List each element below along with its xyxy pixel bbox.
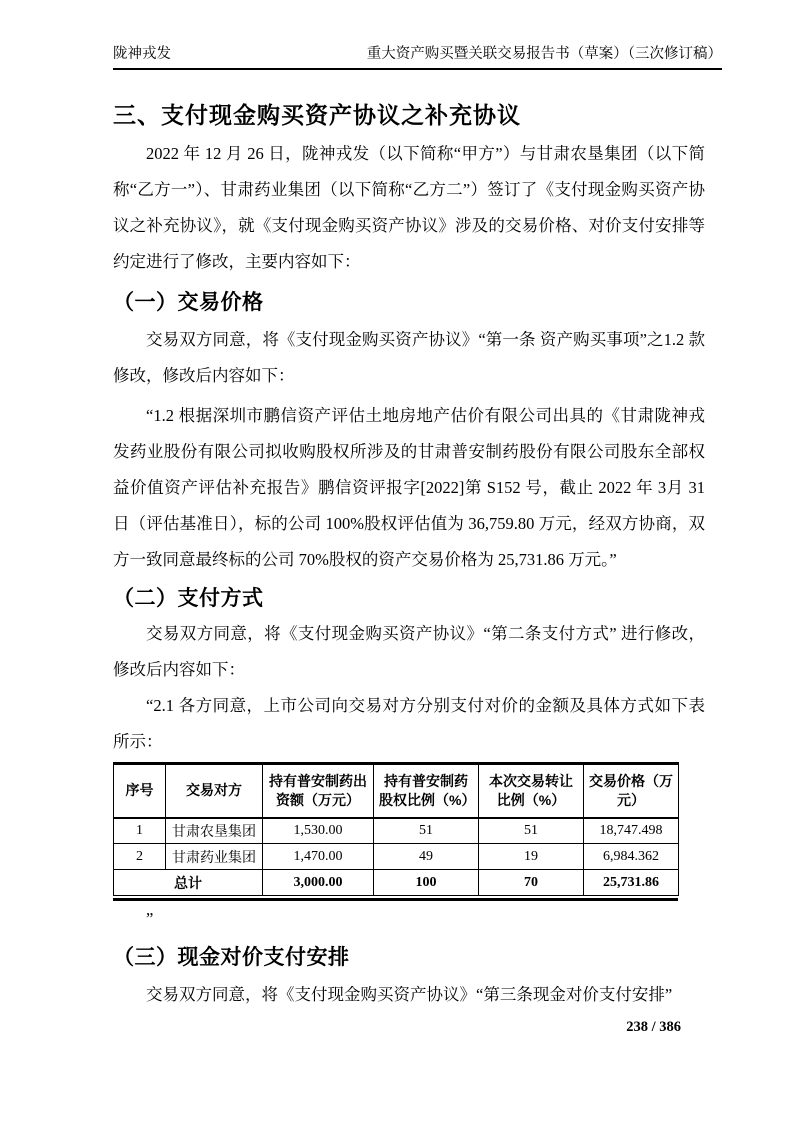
section1-paragraph-1: 交易双方同意，将《支付现金购买资产协议》“第一条 资产购买事项”之1.2 款修改… — [113, 322, 705, 394]
table-row-1: 1 甘肃农垦集团 1,530.00 51 51 18,747.498 — [114, 818, 679, 844]
col-header-capital-contribution: 持有普安制药出资额（万元） — [263, 764, 374, 818]
cell-counterparty: 甘肃药业集团 — [166, 844, 263, 870]
col-header-price: 交易价格（万元） — [584, 764, 679, 818]
col-header-transfer-ratio: 本次交易转让比例（%） — [479, 764, 584, 818]
page-number: 238 / 386 — [113, 1019, 681, 1036]
cell-capital-contribution: 1,530.00 — [263, 818, 374, 844]
section2-paragraph-1: 交易双方同意，将《支付现金购买资产协议》“第二条支付方式” 进行修改，修改后内容… — [113, 616, 705, 688]
total-equity-ratio: 100 — [374, 870, 479, 896]
table-total-row: 总计 3,000.00 100 70 25,731.86 — [114, 870, 679, 896]
section-heading-transaction-price: （一）交易价格 — [113, 290, 705, 316]
closing-quote-mark: ” — [113, 907, 705, 931]
table-row-2: 2 甘肃药业集团 1,470.00 49 19 6,984.362 — [114, 844, 679, 870]
section1-paragraph-2: “1.2 根据深圳市鹏信资产评估土地房地产估价有限公司出具的《甘肃陇神戎发药业股… — [113, 398, 705, 578]
cell-price: 6,984.362 — [584, 844, 679, 870]
payment-table: 序号 交易对方 持有普安制药出资额（万元） 持有普安制药股权比例（%） 本次交易… — [113, 762, 679, 896]
document-page: 陇神戎发 重大资产购买暨关联交易报告书（草案）（三次修订稿） 三、支付现金购买资… — [0, 0, 793, 1122]
cell-index: 1 — [114, 818, 166, 844]
section-heading-cash-payment-arrangement: （三）现金对价支付安排 — [113, 945, 705, 971]
cell-counterparty: 甘肃农垦集团 — [166, 818, 263, 844]
cell-transfer-ratio: 19 — [479, 844, 584, 870]
total-price: 25,731.86 — [584, 870, 679, 896]
page-header: 陇神戎发 重大资产购买暨关联交易报告书（草案）（三次修订稿） — [113, 46, 722, 70]
section2-paragraph-2: “2.1 各方同意，上市公司向交易对方分别支付对价的金额及具体方式如下表所示： — [113, 688, 705, 760]
cell-index: 2 — [114, 844, 166, 870]
section3-paragraph-1: 交易双方同意，将《支付现金购买资产协议》“第三条现金对价支付安排” — [113, 977, 705, 1013]
section-heading-payment-method: （二）支付方式 — [113, 586, 705, 612]
total-capital-contribution: 3,000.00 — [263, 870, 374, 896]
col-header-equity-ratio: 持有普安制药股权比例（%） — [374, 764, 479, 818]
cell-capital-contribution: 1,470.00 — [263, 844, 374, 870]
table-header-row: 序号 交易对方 持有普安制药出资额（万元） 持有普安制药股权比例（%） 本次交易… — [114, 764, 679, 818]
cell-equity-ratio: 51 — [374, 818, 479, 844]
total-transfer-ratio: 70 — [479, 870, 584, 896]
intro-paragraph: 2022 年 12 月 26 日，陇神戎发（以下简称“甲方”）与甘肃农垦集团（以… — [113, 136, 705, 280]
col-header-index: 序号 — [114, 764, 166, 818]
total-label: 总计 — [114, 870, 263, 896]
cell-price: 18,747.498 — [584, 818, 679, 844]
header-report-title: 重大资产购买暨关联交易报告书（草案）（三次修订稿） — [367, 46, 722, 63]
col-header-counterparty: 交易对方 — [166, 764, 263, 818]
chapter-title: 三、支付现金购买资产协议之补充协议 — [113, 100, 705, 130]
header-company-name: 陇神戎发 — [113, 46, 171, 63]
cell-transfer-ratio: 51 — [479, 818, 584, 844]
cell-equity-ratio: 49 — [374, 844, 479, 870]
payment-table-wrapper: 序号 交易对方 持有普安制药出资额（万元） 持有普安制药股权比例（%） 本次交易… — [113, 762, 678, 901]
